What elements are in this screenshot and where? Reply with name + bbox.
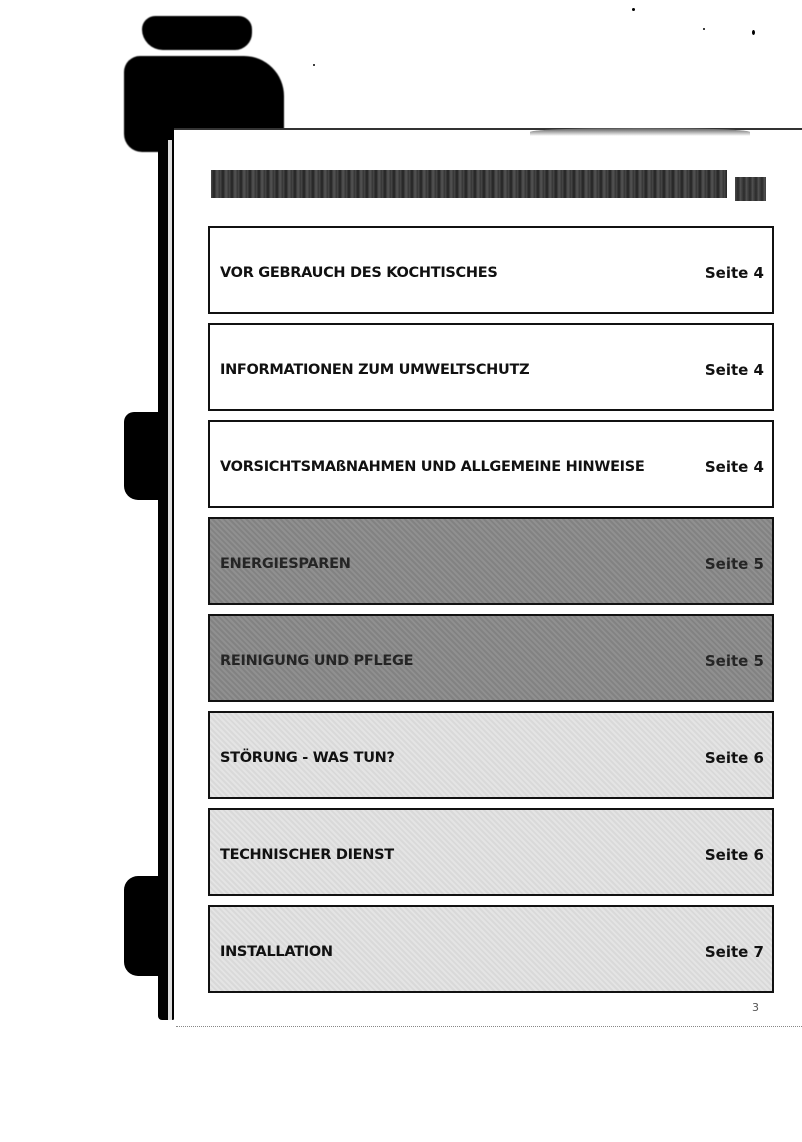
toc-entry[interactable]: ENERGIESPAREN Seite 5 [208,517,774,605]
toc-entry-page: Seite 5 [705,555,764,573]
toc-entry[interactable]: STÖRUNG - WAS TUN? Seite 6 [208,711,774,799]
toc-entry-page: Seite 6 [705,749,764,767]
toc-entry-page: Seite 4 [705,361,764,379]
toc-entry-title: TECHNISCHER DIENST [220,847,394,863]
toc-entry[interactable]: INFORMATIONEN ZUM UMWELTSCHUTZ Seite 4 [208,323,774,411]
scanned-page: VOR GEBRAUCH DES KOCHTISCHES Seite 4 INF… [0,0,802,1142]
toc-entry-title: INSTALLATION [220,944,333,960]
table-of-contents: VOR GEBRAUCH DES KOCHTISCHES Seite 4 INF… [208,226,774,1002]
binder-clip-shape [142,16,252,50]
scan-speck [703,28,705,30]
page-number: 3 [752,1001,759,1014]
toc-entry-title: ENERGIESPAREN [220,556,351,572]
toc-entry[interactable]: REINIGUNG UND PFLEGE Seite 5 [208,614,774,702]
header-bar [211,170,727,198]
toc-entry[interactable]: INSTALLATION Seite 7 [208,905,774,993]
scan-speck [313,64,315,66]
toc-entry[interactable]: VOR GEBRAUCH DES KOCHTISCHES Seite 4 [208,226,774,314]
page-edge [168,140,172,1020]
toc-entry-title: INFORMATIONEN ZUM UMWELTSCHUTZ [220,362,529,378]
toc-entry-page: Seite 6 [705,846,764,864]
page-shadow [530,128,750,136]
toc-entry[interactable]: TECHNISCHER DIENST Seite 6 [208,808,774,896]
scan-speck [752,30,755,35]
page-bottom-edge [176,1026,802,1028]
toc-entry-page: Seite 7 [705,943,764,961]
toc-entry-page: Seite 5 [705,652,764,670]
toc-entry[interactable]: VORSICHTSMAßNAHMEN UND ALLGEMEINE HINWEI… [208,420,774,508]
toc-entry-title: VOR GEBRAUCH DES KOCHTISCHES [220,265,497,281]
toc-entry-page: Seite 4 [705,458,764,476]
scan-speck [632,8,635,11]
toc-entry-title: STÖRUNG - WAS TUN? [220,750,395,766]
toc-entry-title: VORSICHTSMAßNAHMEN UND ALLGEMEINE HINWEI… [220,459,645,475]
toc-entry-title: REINIGUNG UND PFLEGE [220,653,413,669]
header-tab-marker [735,177,766,201]
toc-entry-page: Seite 4 [705,264,764,282]
